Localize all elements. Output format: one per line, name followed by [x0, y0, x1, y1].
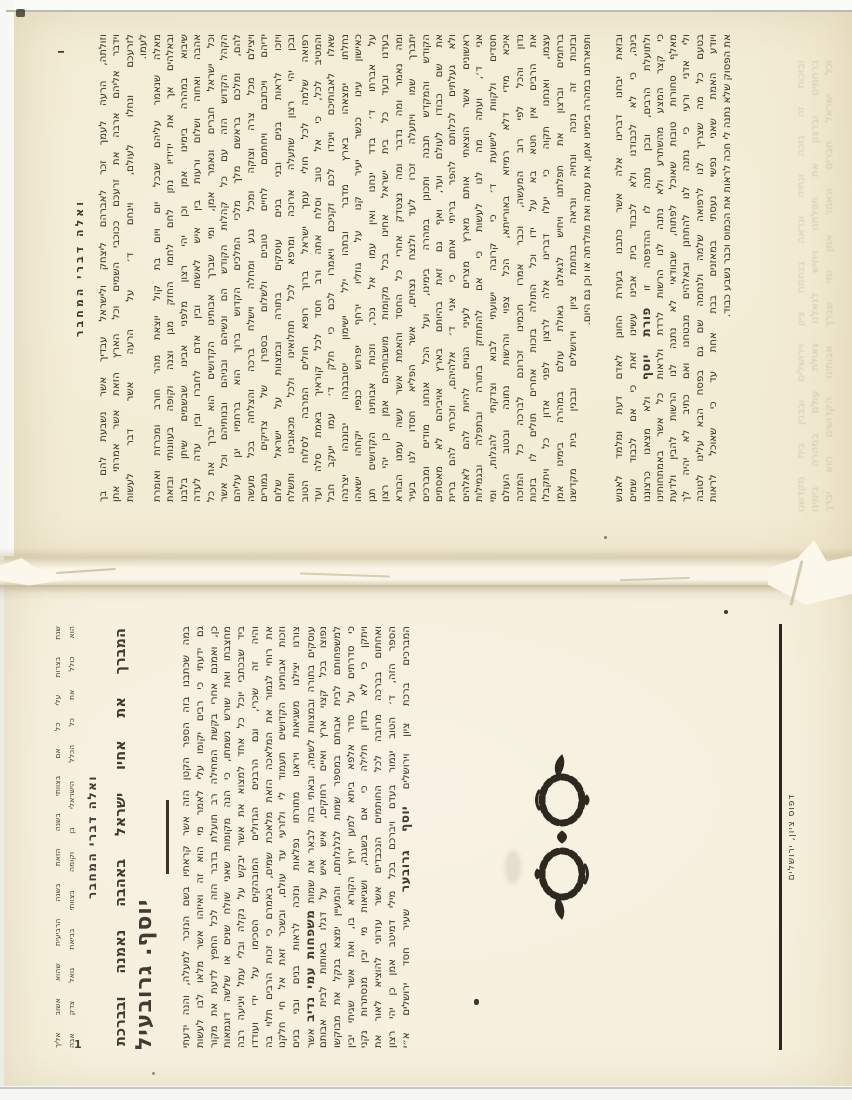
text-line: בינה, כי לא לכבודנו ולא לכבוד בית אבינו … — [627, 28, 640, 508]
text-line: לעמו. — [137, 28, 150, 508]
dust-speck — [604, 536, 607, 539]
text-line: ותפארתנו במהרה בימינו אמן, את עמה ואת מו… — [581, 28, 594, 508]
text-line: ולא געלתים לכלותם להפר בריתי אתם כי אני … — [446, 28, 459, 508]
text-line: אהבה ואחוה ושלום ורעות בין איש לאשתו ובי… — [191, 28, 204, 508]
text-line: לזרעכם ונחלו לעולם, וינחם ד׳ על הרעה אשר… — [124, 28, 137, 508]
text-line: נדון והכל לפי רוב המעשה, וכבר אמרו חכמינ… — [514, 28, 527, 508]
text-line: ברחמים וברצון את תפלתנו ויחיש לגאלנו גאו… — [554, 28, 567, 508]
text-line: הספר הזה, ד׳ הטוב יגמור בעדם ויברכם בכל … — [386, 622, 400, 1052]
dust-speck — [16, 9, 25, 17]
text-line: והיה זה שכרי, וגם הרבנים הגדולים המובהקי… — [249, 622, 263, 1052]
author-name: יוסף. גרובעיל — [132, 622, 157, 1052]
text-line: איכא מידי דלא רמיזא באורייתא, הכל צפוי ו… — [500, 28, 513, 508]
text-line: את הפסוק שלא נתנה לי חכה לראות את הכמוס … — [721, 28, 734, 508]
text-line: וזולתה, הרעה לעמך זכר לאברהם ליצחק ולישר… — [97, 28, 110, 508]
dedication-line: המברך את אחיו ישראל באהבה נאמנה ובברכת — [113, 622, 129, 1052]
text-line: והמטיב לכל, כי אל טוב וסלח אתה ורב חסד ל… — [312, 28, 325, 508]
text-line: ויודע האמת שאני נפשי נעסתי במאזנים בבת א… — [707, 28, 720, 508]
text-line: ביד שבכתבי יוכל כל אחד למצוא את אשר יבקש… — [235, 622, 249, 1052]
bold-inline-phrase: יוסף גרובער — [399, 806, 412, 892]
text-line: ולתועלת הרבים, ובכן נתנה לו ההדפסה זו פו… — [640, 28, 653, 508]
dust-speck — [152, 1072, 155, 1075]
printer-colophon: דפוס ציון, ירושלים — [787, 622, 797, 1052]
text-line: ויצילם מכל צרה וצוקה ומכל נגע ומחלה וישל… — [245, 28, 258, 508]
text-line: ויזכו לראות בנים ובני בנים עוסקים בתורה … — [272, 28, 285, 508]
text-line: שנת בצרות עלי כל אם בצוותי בשנה הזאת בשנ… — [51, 622, 65, 1052]
text-line: שיבוא במהרה בימינו אמן וכן יהי רצון מלפנ… — [178, 28, 191, 508]
bold-inline-phrase: משפחות עמי נדיב — [304, 910, 317, 1022]
text-line: ובזכות זה נזכה ונחיה ונראה בנחמת ציון וי… — [794, 60, 808, 512]
text-line: וכל ישראל חברים ונאמר אמן, ומי שברך אבות… — [205, 28, 218, 508]
scanner-background-left — [0, 0, 15, 560]
text-line: ולי אדני ורעי כי נתנה לנו להתחנן ובאלהים… — [680, 28, 693, 508]
text-line: וידבר אליהם ארבה את זרעכם ככוכבי השמים ו… — [110, 28, 123, 508]
text-line: על אברתו ד׳ בדד ינחנו ואין עמו אל נכר, ו… — [366, 28, 379, 508]
text-line: ידיהם ויכתבם ויחתמם לחיים טובים ולשלום ב… — [258, 28, 271, 508]
body-paragraph-a: וזולתה, הרעה לעמך זכר לאברהם ליצחק ולישר… — [97, 28, 594, 508]
text-line: כאישון עינו כנשר יעיר קנו על גוזליו ירחף… — [352, 28, 365, 508]
book-page-bottom: שנת בצרות עלי כל אם בצוותי בשנה הזאת בשנ… — [46, 622, 800, 1052]
text-line: את רוחי לגמור את המלאכה הזאת מלאכת שמים,… — [263, 622, 277, 1052]
text-line: מאלף סחורות טובות שאוכל לפתוח, שבוודאי ל… — [667, 28, 680, 508]
section-heading: ואלה דברי המחבר — [85, 622, 99, 1052]
book-page-top: ו ואלה דברי המחבר וזולתה, הרעה לעמך זכר … — [52, 28, 782, 508]
text-line: ומה נאמר ומה נדבר ומה נצטדק אחרי כל החסד… — [393, 28, 406, 508]
text-line: להם, ומלכם בראשם מלך מלכי המלכים הקדוש ב… — [231, 28, 244, 508]
text-line: הקודש והמקדש תבנה ותכונן במהרה בימינו, ו… — [420, 28, 433, 508]
text-line: ובאלהים אך את ידידיו נתן לחם לחמו החזק מ… — [164, 28, 177, 508]
text-line: כן, ואמנם אחרי בקשת המחילה רב תועלת בדבר… — [208, 622, 222, 1052]
text-line: מחצבתו ואת שורש נשמתו, כי הנה מקומות שאנ… — [221, 622, 235, 1052]
text-line: במה שכתבנו בזה הספר הקטן הזה אשר קראתיו … — [180, 622, 194, 1052]
dust-speck — [724, 610, 728, 614]
text-line: הקהל הקדוש הזה עם כל קהלות הקודש הם ונשי… — [218, 28, 231, 508]
floral-wreath-ornament-icon — [533, 751, 591, 923]
scanned-book-spread: { "top_page": { "page_number": "ו", "run… — [0, 0, 852, 1100]
text-line: ובזאת יבחנו דברינו אלה אשר כתבנו בעזרת ה… — [613, 28, 626, 508]
text-line: מאלה שנאמר עליהם שבכל יום ויום בת קול יו… — [151, 28, 164, 508]
text-line: גם ידעתי כי רבים יקומו עלי לאמר מי הוא ז… — [194, 622, 208, 1052]
fold-crease-band — [0, 548, 852, 602]
text-line: כי קצר המצע מהשתרע ולא נתנה לנו הרשות לר… — [654, 28, 667, 508]
text-line: רפואה שלמה לכל חולי עמך ישראל ברוך רופא … — [299, 28, 312, 508]
sheet-marker: 1 — [74, 1038, 82, 1051]
fold-crease-line — [0, 585, 852, 587]
text-line: עצמו, ואנחנו תקוה כי יעלו דברינו אלה לרצ… — [540, 28, 553, 508]
running-header: ואלה דברי המחבר — [73, 28, 86, 508]
text-line: עוסקים בתורה ובמצוות לשמה, ובאתי בזה לבא… — [304, 622, 318, 1052]
text-line: ובזכות זה נזכה ונחיה ונראה בנחמת ציון וי… — [567, 28, 580, 508]
text-line: את שם כבודו לעולם ועד, ואף גם זאת בהיותם… — [433, 28, 446, 508]
intro-small-lines: שנת בצרות עלי כל אם בצוותי בשנה הזאת בשנ… — [46, 622, 78, 1052]
text-line: ואחתום בברכה מרובה לכל החותמים הנכבדים א… — [372, 622, 386, 1052]
text-line: כי סדרתים על סדר אלפא ביתא למען ירוץ הקו… — [345, 622, 359, 1052]
text-line: למשפחותם לבית אבותם במספר שמות לגלגלותם,… — [331, 622, 345, 1052]
text-line: את הרבים אין חטא בא על ידו וכל התולה בזכ… — [527, 28, 540, 508]
colophon-rule — [779, 624, 782, 1050]
bold-inline-phrase: פורת יוסף — [640, 307, 653, 380]
text-line: צורנו יצילנו משגיאות ויראנו מתורתו נפלאו… — [290, 622, 304, 1052]
text-line: ובכן יהי רצון שתעלה ארוכה ומרפא לכל תחלו… — [285, 28, 298, 508]
text-line: אני ד׳, ועתה מה לנו לעשות כי אם להתחזק ב… — [473, 28, 486, 508]
body-paragraph-b: ובזאת יבחנו דברינו אלה אשר כתבנו בעזרת ה… — [613, 28, 734, 508]
show-through-ghost-text: ובזכות זה נזכה ונחיה ונראה בנחמת ציון וי… — [794, 60, 848, 512]
text-line: יתברך שמו ויתעלה זכרו לעד ולנצח נצחים, א… — [406, 28, 419, 508]
text-line: וזכות אבותינו הקדושים תעמוד לי ולזרעי עד… — [276, 622, 290, 1052]
sheet-bottom-edge — [0, 1087, 852, 1089]
body-paragraph: במה שכתבנו בזה הספר הקטן הזה אשר קראתיו … — [180, 622, 413, 1052]
text-line: ראשונים אשר הוצאתי אותם מארץ מצרים לעיני… — [460, 28, 473, 508]
text-line: הוא כולל את כל הכלל הישראלי בן וקומה בצו… — [65, 622, 79, 1052]
section-divider-rule — [166, 800, 169, 874]
text-line: נפוצו בכל קצוי ארץ ואיים רחוקים, איש איש… — [317, 622, 331, 1052]
text-line: בעדנו ובעד כל בית ישראל אחינו בכל מקומות… — [379, 28, 392, 508]
text-line: ויתקן כי לא בזדון חלילה כי אם בשגגה, ושג… — [358, 622, 372, 1052]
text-line: המברכים ברכת ציון וירושלים יוסף גרובער ש… — [399, 622, 413, 1052]
text-line: ברחמים וברצון את תפלתנו ויחיש לגאלנו גאו… — [808, 60, 822, 512]
text-line: וכל ישראל חברים ונאמר אמן ומי שברך אבותי… — [822, 60, 836, 512]
page-number: ו — [54, 28, 68, 508]
text-line: בטעם כל מה שצריך לנו לרפואה שלמה ולנחמה … — [694, 28, 707, 508]
text-line: חסדים ולקוות לישועת ד׳ כי קרובה ישועתי ל… — [487, 28, 500, 508]
text-line: שאלו לאבותיכם ויגידו לכם זקניכם ויאמרו ל… — [325, 28, 338, 508]
text-line: נחלתו ימצאהו בארץ מדבר ובתהו ילל ישימון … — [339, 28, 352, 508]
